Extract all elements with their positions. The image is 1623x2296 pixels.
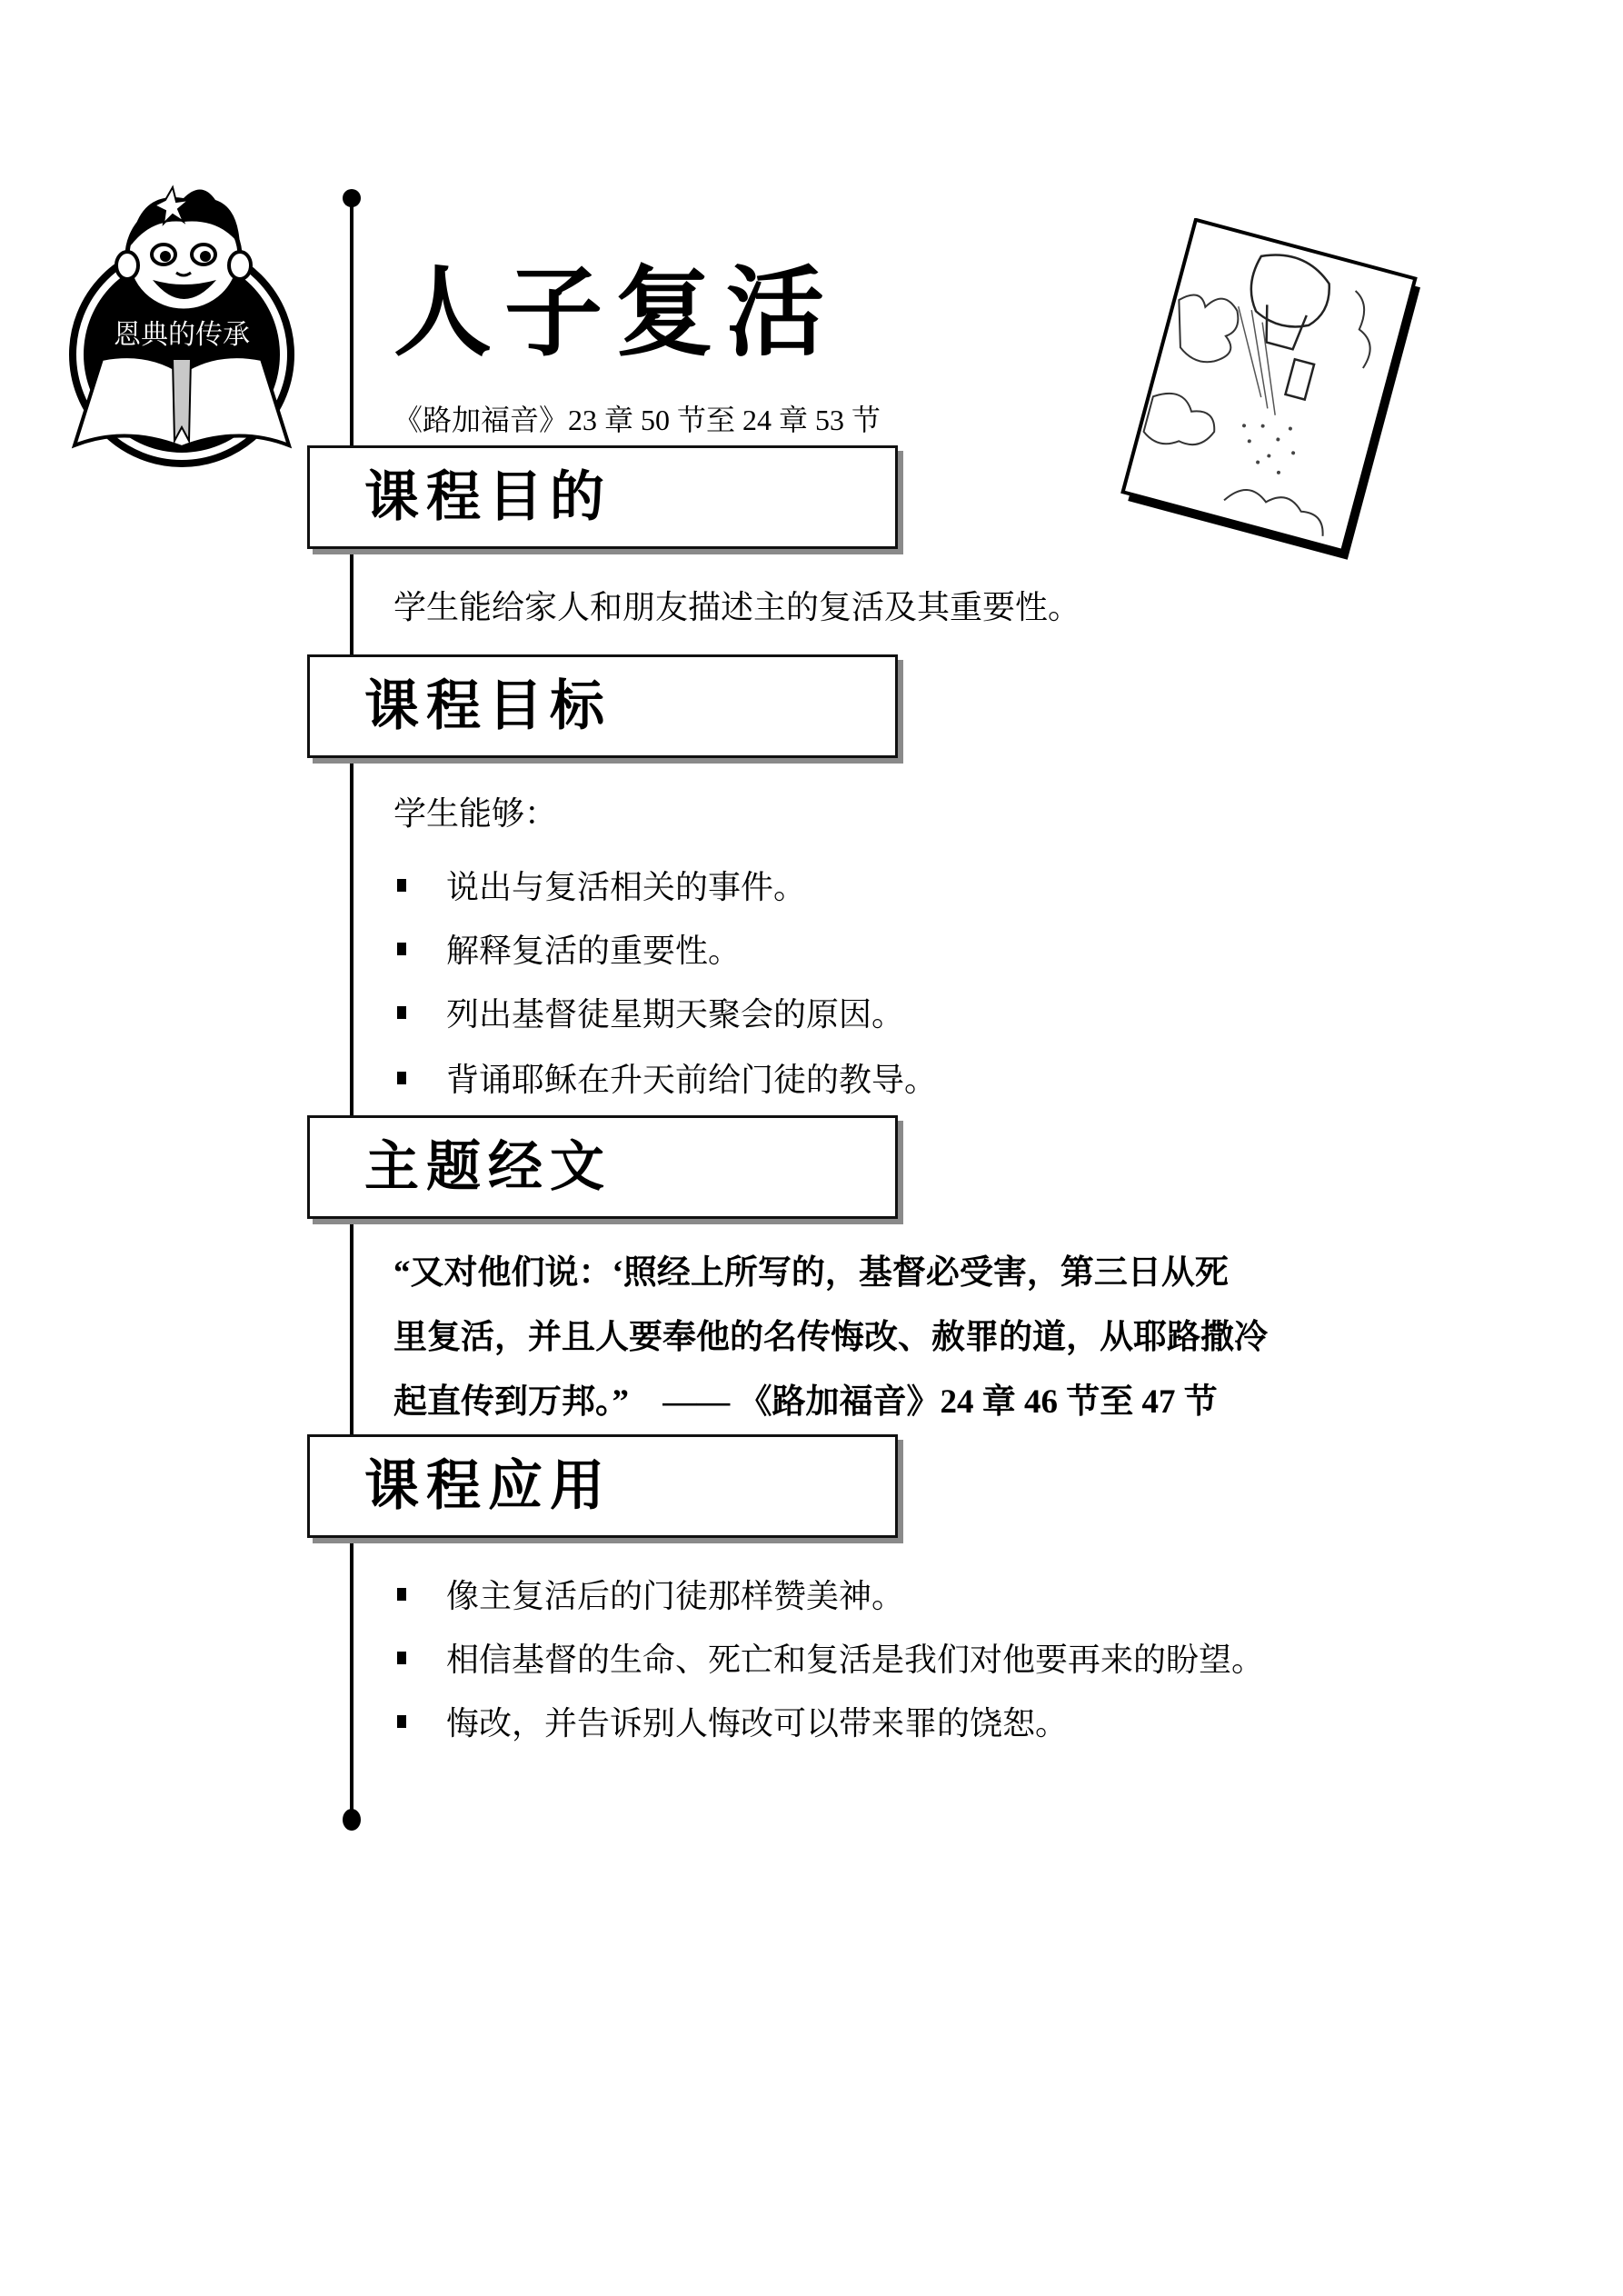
- section-heading: 课程应用: [364, 1453, 612, 1519]
- list-item: 说出与复活相关的事件。: [393, 862, 806, 908]
- section-header-purpose: 课程目的: [307, 445, 898, 549]
- verse-line: “又对他们说：‘照经上所写的，基督必受害，第三日从死: [393, 1241, 1439, 1305]
- list-item-text: 像主复活后的门徒那样赞美神。: [446, 1571, 904, 1617]
- list-item-text: 相信基督的生命、死亡和复活是我们对他要再来的盼望。: [446, 1634, 1264, 1681]
- section-heading: 课程目的: [364, 464, 612, 530]
- list-item-text: 说出与复活相关的事件。: [446, 862, 806, 908]
- verse-line: 里复活，并且人要奉他的名传悔改、赦罪的道，从耶路撒冷: [393, 1305, 1439, 1370]
- key-verse: “又对他们说：‘照经上所写的，基督必受害，第三日从死 里复活，并且人要奉他的名传…: [393, 1241, 1439, 1434]
- list-item: 相信基督的生命、死亡和复活是我们对他要再来的盼望。: [393, 1634, 1264, 1681]
- verse-reference: —— 《路加福音》24 章 46 节至 47 节: [662, 1383, 1218, 1421]
- timeline-line: [350, 198, 353, 1818]
- list-item-text: 列出基督徒星期天聚会的原因。: [446, 989, 904, 1035]
- bullet-icon: [397, 1006, 406, 1019]
- logo-text: 恩典的传承: [114, 319, 250, 351]
- section-heading: 主题经文: [364, 1134, 612, 1200]
- objectives-intro: 学生能够：: [393, 793, 557, 835]
- list-item-text: 解释复活的重要性。: [446, 925, 741, 972]
- list-item: 背诵耶稣在升天前给门徒的教导。: [393, 1054, 937, 1101]
- section-heading: 课程目标: [364, 674, 612, 739]
- bullet-icon: [397, 1652, 406, 1664]
- bullet-icon: [397, 1588, 406, 1601]
- bullet-icon: [397, 879, 406, 892]
- timeline-top-dot: [343, 189, 361, 207]
- section-header-application: 课程应用: [307, 1434, 898, 1538]
- section-header-objectives: 课程目标: [307, 654, 898, 758]
- verse-line: 起直传到万邦。”: [393, 1383, 629, 1421]
- bullet-icon: [397, 943, 406, 955]
- list-item-text: 悔改，并告诉别人悔改可以带来罪的饶恕。: [446, 1698, 1068, 1744]
- list-item: 像主复活后的门徒那样赞美神。: [393, 1571, 904, 1617]
- list-item: 解释复活的重要性。: [393, 925, 741, 972]
- timeline-bottom-dot: [343, 1809, 361, 1831]
- page-title: 人子复活: [393, 264, 837, 362]
- logo: 恩典的传承: [65, 182, 302, 473]
- list-item-text: 背诵耶稣在升天前给门徒的教导。: [446, 1054, 937, 1101]
- bullet-icon: [397, 1072, 406, 1084]
- section-header-key-verse: 主题经文: [307, 1115, 898, 1219]
- list-item: 列出基督徒星期天聚会的原因。: [393, 989, 904, 1035]
- ascension-picture-icon: [1118, 218, 1427, 564]
- list-item: 悔改，并告诉别人悔改可以带来罪的饶恕。: [393, 1698, 1068, 1744]
- scripture-range: 《路加福音》23 章 50 节至 24 章 53 节: [393, 397, 881, 439]
- bullet-icon: [397, 1715, 406, 1728]
- ascension-illustration: [1118, 218, 1427, 564]
- purpose-text: 学生能给家人和朋友描述主的复活及其重要性。: [393, 586, 1080, 629]
- boy-reading-icon: 恩典的传承: [65, 182, 302, 473]
